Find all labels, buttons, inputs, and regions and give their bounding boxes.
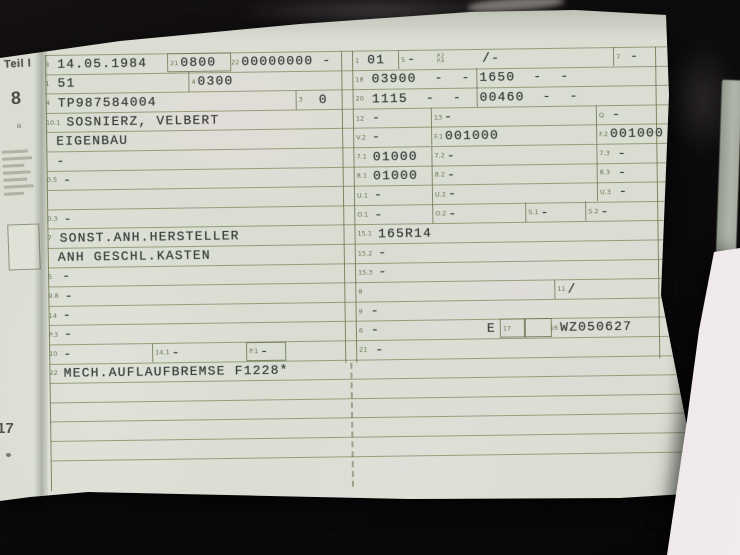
white-sheet-corner [0, 0, 740, 555]
white-sheet-surface [0, 0, 740, 555]
